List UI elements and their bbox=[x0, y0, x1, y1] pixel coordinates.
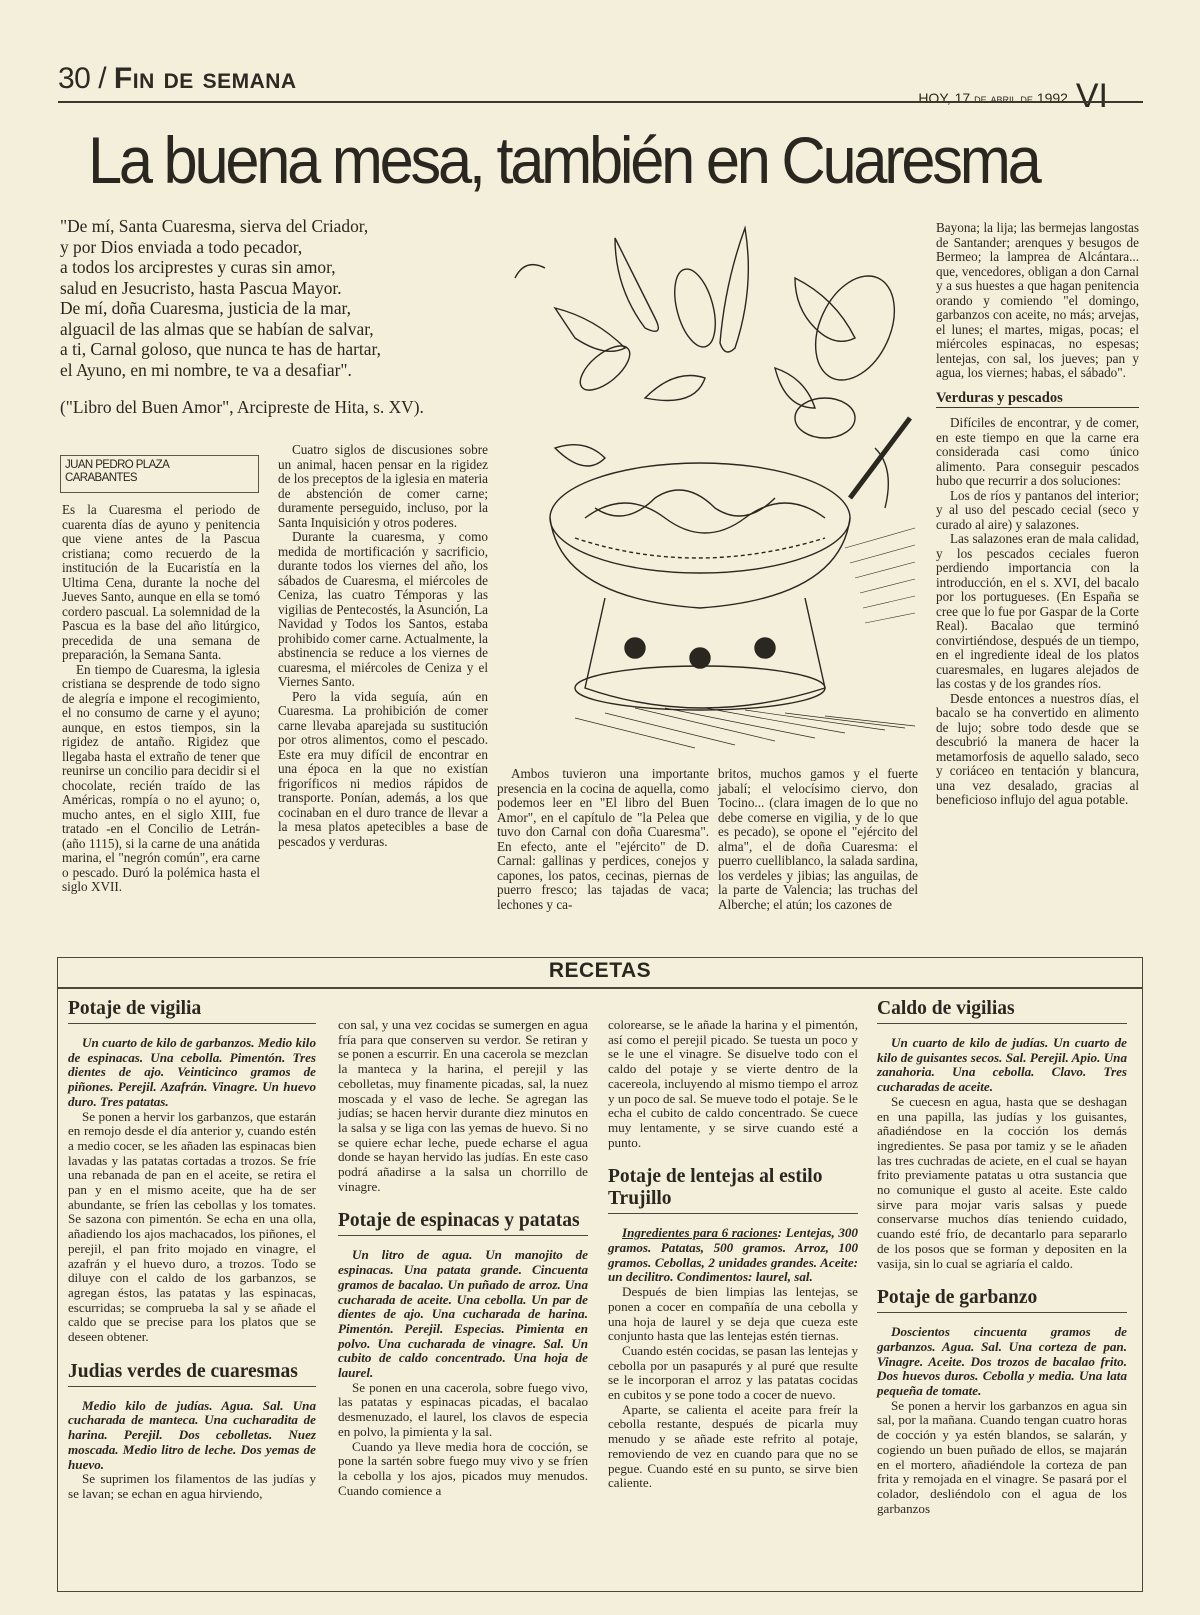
recipe-ingredients: Un cuarto de kilo de judías. Un cuarto d… bbox=[877, 1036, 1127, 1095]
recipe-continuation: con sal, y una vez cocidas se sumergen e… bbox=[338, 1018, 588, 1194]
recipe-lentejas-trujillo: Potaje de lentejas al estilo Trujillo In… bbox=[608, 1166, 858, 1491]
recipes-column-3: colorearse, se le añade la harina y el p… bbox=[608, 1018, 858, 1491]
recipe-judias-verdes: Judias verdes de cuaresmas Medio kilo de… bbox=[68, 1361, 316, 1502]
article-column-5: Bayona; la lija; las bermejas langostas … bbox=[936, 221, 1139, 808]
page-number: 30 bbox=[58, 62, 90, 95]
recipe-ingredients: Un cuarto de kilo de garbanzos. Medio ki… bbox=[68, 1036, 316, 1110]
paragraph: Durante la cuaresma, y como medida de mo… bbox=[278, 530, 488, 690]
wok-drawing-icon bbox=[495, 218, 925, 758]
recipe-step: Cuando ya lleve media hora de cocción, s… bbox=[338, 1440, 588, 1499]
page-header-left: 30 / Fin de semana bbox=[58, 62, 297, 96]
page-header-right: HOY, 17 DE ABRIL DE 1992 VI bbox=[918, 73, 1108, 112]
poem-line: "De mí, Santa Cuaresma, sierva del Criad… bbox=[60, 216, 480, 237]
recipe-step: Después de bien limpias las lentejas, se… bbox=[608, 1285, 858, 1344]
poem-line: alguacil de las almas que se habían de s… bbox=[60, 319, 480, 340]
recipe-ingredients: Ingredientes para 6 raciones: Lentejas, … bbox=[608, 1226, 858, 1285]
paragraph: britos, muchos gamos y el fuerte jabalí;… bbox=[718, 767, 918, 912]
recipe-continuation: colorearse, se le añade la harina y el p… bbox=[608, 1018, 858, 1150]
paragraph: Desde entonces a nuestros días, el bacal… bbox=[936, 692, 1139, 808]
poem-line: el Ayuno, en mi nombre, te va a desafiar… bbox=[60, 360, 480, 381]
article-column-3: Ambos tuvieron una importante presencia … bbox=[497, 767, 709, 912]
ingredients-label: Ingredientes para 6 raciones bbox=[622, 1225, 778, 1240]
recipe-ingredients: Doscientos cincuenta gramos de garbanzos… bbox=[877, 1325, 1127, 1399]
paragraph: Ambos tuvieron una importante presencia … bbox=[497, 767, 709, 912]
recipe-step: Aparte, se calienta el aceite para freír… bbox=[608, 1403, 858, 1491]
headline: La buena mesa, también en Cuaresma bbox=[88, 122, 1055, 198]
newspaper-name: HOY, bbox=[918, 90, 950, 106]
subhead-verduras-pescados: Verduras y pescados bbox=[936, 391, 1139, 409]
recipe-caldo-vigilias: Caldo de vigilias Un cuarto de kilo de j… bbox=[877, 998, 1127, 1271]
date-de: DE bbox=[1020, 95, 1033, 105]
recipe-title: Potaje de garbanzo bbox=[877, 1287, 1127, 1313]
section-name: Fin de semana bbox=[114, 62, 297, 95]
recipe-title: Potaje de vigilia bbox=[68, 998, 316, 1024]
recipes-column-4: Caldo de vigilias Un cuarto de kilo de j… bbox=[877, 998, 1127, 1516]
article-column-4: britos, muchos gamos y el fuerte jabalí;… bbox=[718, 767, 918, 912]
recipe-potaje-garbanzo: Potaje de garbanzo Doscientos cincuenta … bbox=[877, 1287, 1127, 1516]
recipe-step: Se suprimen los filamentos de las judías… bbox=[68, 1472, 316, 1501]
poem-line: a todos los arciprestes y curas sin amor… bbox=[60, 257, 480, 278]
recipe-step: Se ponen a hervir los garbanzos, que est… bbox=[68, 1110, 316, 1345]
recipe-title: Potaje de lentejas al estilo Trujillo bbox=[608, 1166, 858, 1214]
date-month: ABRIL bbox=[991, 95, 1017, 105]
recipe-step: Cuando estén cocidas, se pasan las lente… bbox=[608, 1344, 858, 1403]
wok-illustration bbox=[495, 218, 925, 758]
poem-line: y por Dios enviada a todo pecador, bbox=[60, 237, 480, 258]
recipe-title: Caldo de vigilias bbox=[877, 998, 1127, 1024]
header-rule bbox=[58, 101, 1143, 103]
paragraph: En tiempo de Cuaresma, la iglesia cristi… bbox=[62, 663, 260, 895]
article-column-2: Cuatro siglos de discusiones sobre un an… bbox=[278, 443, 488, 849]
header-separator: / bbox=[98, 62, 106, 95]
recipe-ingredients: Un litro de agua. Un manojito de espinac… bbox=[338, 1248, 588, 1380]
poem-source: ("Libro del Buen Amor", Arcipreste de Hi… bbox=[60, 397, 424, 418]
recipe-step: Se cuecesn en agua, hasta que se deshaga… bbox=[877, 1095, 1127, 1271]
recipe-ingredients: Medio kilo de judías. Agua. Sal. Una cuc… bbox=[68, 1399, 316, 1473]
author-line-1: JUAN PEDRO PLAZA bbox=[65, 459, 254, 472]
poem-line: De mí, doña Cuaresma, justicia de la mar… bbox=[60, 298, 480, 319]
poem-line: salud en Jesucristo, hasta Pascua Mayor. bbox=[60, 278, 480, 299]
recipes-title-rule bbox=[58, 987, 1142, 989]
date-de: DE bbox=[974, 95, 987, 105]
recipe-espinacas-patatas: Potaje de espinacas y patatas Un litro d… bbox=[338, 1210, 588, 1498]
paragraph: Difíciles de encontrar, y de comer, en e… bbox=[936, 416, 1139, 489]
recipes-column-1: Potaje de vigilia Un cuarto de kilo de g… bbox=[68, 998, 316, 1502]
recipe-step: Se ponen a hervir los garbanzos en agua … bbox=[877, 1399, 1127, 1517]
author-line-2: CARABANTES bbox=[65, 472, 254, 485]
paragraph: Cuatro siglos de discusiones sobre un an… bbox=[278, 443, 488, 530]
article-column-1: Es la Cuaresma el periodo de cuarenta dí… bbox=[62, 503, 260, 895]
paragraph: Las salazones eran de mala calidad, y lo… bbox=[936, 532, 1139, 692]
recipes-column-2: con sal, y una vez cocidas se sumergen e… bbox=[338, 1018, 588, 1498]
poem-quote: "De mí, Santa Cuaresma, sierva del Criad… bbox=[60, 216, 480, 380]
paragraph: Los de ríos y pantanos del interior; y a… bbox=[936, 489, 1139, 533]
date-year: 1992 bbox=[1037, 90, 1068, 106]
paragraph: Bayona; la lija; las bermejas langostas … bbox=[936, 221, 1139, 381]
recipe-potaje-vigilia: Potaje de vigilia Un cuarto de kilo de g… bbox=[68, 998, 316, 1345]
paragraph: Pero la vida seguía, aún en Cuaresma. La… bbox=[278, 690, 488, 850]
date-day: 17 bbox=[955, 90, 971, 106]
poem-line: a ti, Carnal goloso, que nunca te has de… bbox=[60, 339, 480, 360]
recipes-title: RECETAS bbox=[0, 959, 1200, 983]
recipe-title: Judias verdes de cuaresmas bbox=[68, 1361, 316, 1387]
paragraph: Es la Cuaresma el periodo de cuarenta dí… bbox=[62, 503, 260, 663]
supplement-numeral: VI bbox=[1076, 77, 1108, 115]
recipe-step: Se ponen en una cacerola, sobre fuego vi… bbox=[338, 1381, 588, 1440]
byline: JUAN PEDRO PLAZA CARABANTES bbox=[60, 455, 259, 493]
recipe-title: Potaje de espinacas y patatas bbox=[338, 1210, 588, 1236]
